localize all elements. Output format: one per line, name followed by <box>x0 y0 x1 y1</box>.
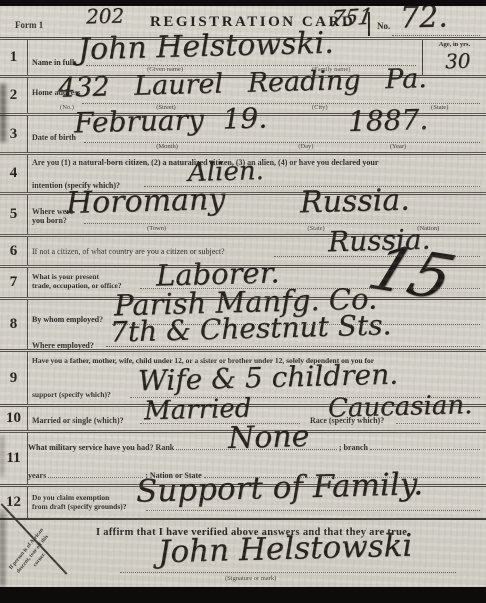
handwritten-home-address: 432 Laurel Reading Pa. <box>58 65 427 102</box>
row-number: 8 <box>0 300 28 349</box>
state-sublabel: (State) <box>307 225 324 232</box>
exemption-label-line1: Do you claim exemption <box>32 493 109 502</box>
age-label: Age, in yrs. <box>423 40 486 48</box>
years-label: years <box>28 471 46 480</box>
years-dotted-line <box>48 477 143 478</box>
row-number: 9 <box>0 352 28 404</box>
scan-edge-smudge <box>0 511 5 587</box>
married-single-label: Married or single (which)? <box>32 416 124 426</box>
occupation-label-line2: trade, occupation, or office? <box>32 281 122 290</box>
row-number: 11 <box>0 433 28 484</box>
city-sublabel: (City) <box>312 104 328 111</box>
row-dob-cell: Date of birth (Month) (Day) (Year) Febru… <box>28 116 486 152</box>
handwritten-birth-month-day: February 19. <box>74 104 268 137</box>
registration-card-scan: Form 1 202 REGISTRATION CARD 751 No. 72.… <box>0 0 486 603</box>
race-dotted-line <box>396 423 480 424</box>
signature-sublabel: (Signature or mark) <box>225 575 276 582</box>
handwritten-form-number: 202 <box>86 6 125 26</box>
card-paper: Form 1 202 REGISTRATION CARD 751 No. 72.… <box>0 6 486 587</box>
handwritten-race: Caucasian. <box>328 392 473 422</box>
no-label: No. <box>377 21 390 31</box>
handwritten-birth-year: 1887. <box>348 106 429 136</box>
by-whom-employed-label: By whom employed? <box>32 315 103 325</box>
age-box: Age, in yrs. 30 <box>422 40 486 75</box>
scan-edge-smudge <box>0 436 4 476</box>
row-number: 5 <box>0 195 28 234</box>
no-sublabel: (No.) <box>60 104 74 111</box>
exemption-dotted-line <box>146 510 480 511</box>
form-number-label: Form 1 <box>15 20 43 30</box>
town-sublabel: (Town) <box>147 225 166 232</box>
month-sublabel: (Month) <box>156 143 178 150</box>
handwritten-employer-address: 7th & Chestnut Sts. <box>110 311 392 346</box>
signature-dotted-line <box>120 572 456 573</box>
handwritten-dependents: Wife & 5 children. <box>138 361 399 396</box>
exemption-label-line2: from draft (specify grounds)? <box>32 502 127 511</box>
handwritten-signature: John Helstowski <box>158 531 413 569</box>
handwritten-age: 30 <box>445 51 471 72</box>
row-exemption: 12 Do you claim exemption from draft (sp… <box>0 487 486 520</box>
state-sublabel: (State) <box>431 104 448 111</box>
handwritten-name: John Helstowski. <box>78 29 334 66</box>
handwritten-birth-town: Horomany <box>66 185 226 219</box>
occupation-label-line1: What is your present <box>32 272 99 281</box>
handwritten-military-service: None <box>228 422 310 454</box>
row-number: 1 <box>0 40 28 75</box>
year-sublabel: (Year) <box>390 143 406 150</box>
citizen-country-label: If not a citizen, of what country are yo… <box>32 247 225 257</box>
branch-label: ; branch <box>339 443 368 452</box>
military-service-label: What military service have you had? Rank <box>28 443 174 452</box>
row-date-of-birth: 3 Date of birth (Month) (Day) (Year) Feb… <box>0 116 486 155</box>
row-number: 7 <box>0 268 28 297</box>
row-exemption-cell: Do you claim exemption from draft (speci… <box>28 487 486 518</box>
dob-sublabels: (Month) (Day) (Year) <box>28 143 486 152</box>
branch-dotted-line <box>370 449 480 450</box>
row-number: 6 <box>0 237 28 265</box>
scan-edge-smudge <box>0 84 6 142</box>
card-footer: I affirm that I have verified above answ… <box>0 520 486 587</box>
handwritten-exemption: Support of Family. <box>136 469 424 508</box>
row-number: 10 <box>0 407 28 430</box>
tear-off-corner-note: If person is of African descent, tear of… <box>5 524 61 585</box>
where-employed-label: Where employed? <box>32 341 94 351</box>
handwritten-card-number: 72. <box>400 6 448 34</box>
date-of-birth-label: Date of birth <box>32 133 76 143</box>
day-sublabel: (Day) <box>298 143 313 150</box>
handwritten-serial-number: 751 <box>328 6 374 31</box>
dependents-question-line2: support (specify which)? <box>32 390 111 399</box>
row-number: 4 <box>0 155 28 192</box>
handwritten-birth-nation: Russia. <box>300 186 410 219</box>
